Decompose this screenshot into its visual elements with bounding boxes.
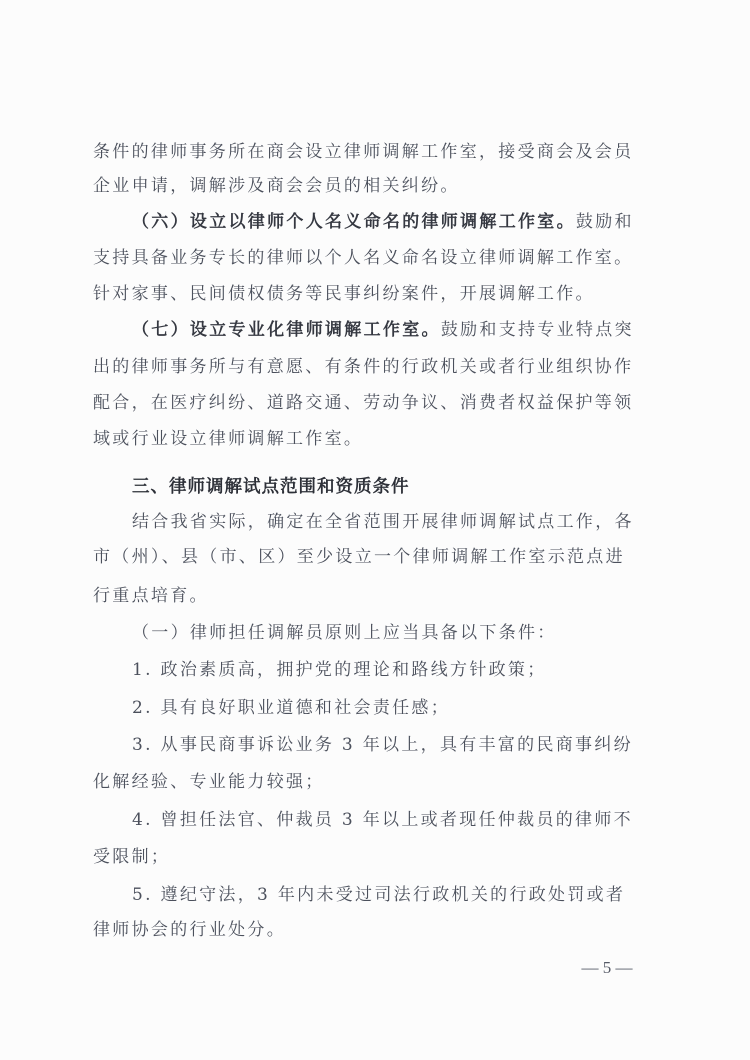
list-item-1: 1. 政治素质高，拥护党的理论和路线方针政策；	[132, 652, 692, 688]
paragraph-line: 配合，在医疗纠纷、道路交通、劳动争议、消费者权益保护等领	[93, 385, 653, 421]
paragraph-line: 出的律师事务所与有意愿、有条件的行政机关或者行业组织协作	[93, 349, 653, 385]
list-item-5: 5. 遵纪守法，3 年内未受过司法行政机关的行政处罚或者	[132, 877, 692, 913]
document-page: 条件的律师事务所在商会设立律师调解工作室，接受商会及会员 企业申请，调解涉及商会…	[0, 0, 750, 1060]
section-seven-title: （七）设立专业化律师调解工作室。	[132, 320, 441, 340]
list-item-5-cont: 律师协会的行业处分。	[93, 912, 653, 948]
page-number: — 5 —	[572, 955, 642, 981]
subsection-one-title: （一）律师担任调解员原则上应当具备以下条件：	[132, 615, 692, 651]
paragraph-line: 行重点培育。	[93, 578, 653, 614]
paragraph-line: 域或行业设立律师调解工作室。	[93, 421, 653, 457]
section-seven-line: （七）设立专业化律师调解工作室。鼓励和支持专业特点突	[132, 312, 692, 348]
section-six-text: 鼓励和	[576, 212, 634, 232]
section-six-line: （六）设立以律师个人名义命名的律师调解工作室。鼓励和	[132, 204, 692, 240]
list-item-3: 3. 从事民商事诉讼业务 3 年以上，具有丰富的民商事纠纷	[132, 727, 692, 763]
section-heading-three: 三、律师调解试点范围和资质条件	[132, 469, 692, 505]
list-item-2: 2. 具有良好职业道德和社会责任感；	[132, 690, 692, 726]
paragraph-line: 市（州）、县（市、区）至少设立一个律师调解工作室示范点进	[93, 539, 653, 575]
section-six-title: （六）设立以律师个人名义命名的律师调解工作室。	[132, 212, 576, 232]
paragraph-line: 针对家事、民间债权债务等民事纠纷案件，开展调解工作。	[93, 276, 653, 312]
paragraph-line: 结合我省实际，确定在全省范围开展律师调解试点工作，各	[132, 504, 692, 540]
paragraph-line: 条件的律师事务所在商会设立律师调解工作室，接受商会及会员	[93, 134, 653, 170]
list-item-3-cont: 化解经验、专业能力较强；	[93, 764, 653, 800]
section-seven-text: 鼓励和支持专业特点突	[441, 320, 634, 340]
list-item-4-cont: 受限制；	[93, 839, 653, 875]
paragraph-line: 支持具备业务专长的律师以个人名义命名设立律师调解工作室。	[93, 240, 653, 276]
list-item-4: 4. 曾担任法官、仲裁员 3 年以上或者现任仲裁员的律师不	[132, 802, 692, 838]
paragraph-line: 企业申请，调解涉及商会会员的相关纠纷。	[93, 168, 653, 204]
